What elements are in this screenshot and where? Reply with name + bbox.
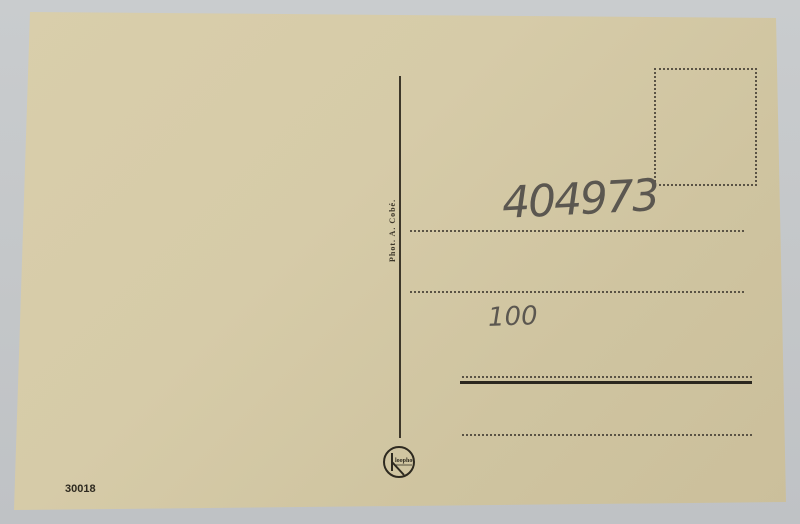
address-line-3 <box>462 376 752 378</box>
handwritten-number: 404973 <box>501 170 659 229</box>
serial-number: 30018 <box>65 483 96 495</box>
center-divider-line <box>399 76 401 438</box>
handwritten-note: 100 <box>487 301 538 333</box>
postcard-back: Phot. A. Cobé. loophot 30018 404973 <box>14 12 786 510</box>
address-line-3-solid <box>460 381 752 384</box>
address-line-2 <box>410 291 744 293</box>
address-line-1 <box>410 230 744 232</box>
stamp-box <box>654 68 757 186</box>
svg-text:loophot: loophot <box>395 458 414 464</box>
photo-credit-text: Phot. A. Cobé. <box>388 199 397 262</box>
address-line-4 <box>462 434 752 436</box>
publisher-logo-icon: loophot <box>382 445 416 479</box>
